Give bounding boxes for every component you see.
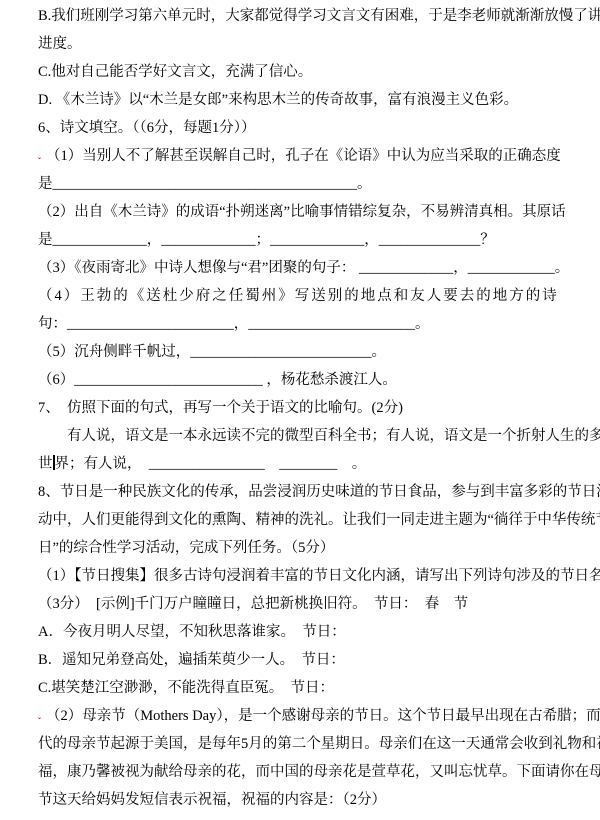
- text-line: 6、诗文填空。（（6分，每题1分））: [38, 114, 584, 142]
- text-line: 7、 仿照下面的句式，再写一个关于语文的比喻句。(2分): [38, 394, 584, 422]
- text-line: B．遥知兄弟登高处，遍插茱萸少一人。 节日：: [38, 646, 584, 674]
- line-text: 界；有人说， ________________ ________ 。: [55, 456, 367, 472]
- text-line: 是_______________________________________…: [38, 170, 584, 198]
- line-text: （4）王勃的《送杜少府之任蜀州》写送别的地点和友人要去的地方的诗: [38, 288, 559, 304]
- text-line: B.我们班刚学习第六单元时，大家都觉得学习文言文有困难，于是李老师就渐渐放慢了讲…: [38, 2, 584, 30]
- line-text: 6、诗文填空。（（6分，每题1分））: [38, 120, 256, 136]
- text-line: 福，康乃馨被视为献给母亲的花，而中国的母亲花是萱草花，又叫忘忧草。下面请你在母亲: [38, 758, 584, 786]
- line-text: 进度。: [38, 36, 82, 52]
- line-text: （3分） [示例]千门万户瞳瞳日，总把新桃换旧符。 节日： 春 节: [38, 596, 468, 612]
- document-body: B.我们班刚学习第六单元时，大家都觉得学习文言文有困难，于是李老师就渐渐放慢了讲…: [38, 2, 584, 814]
- line-text: （3）《夜雨寄北》中诗人想像与“君”团聚的句子： _____________，_…: [38, 260, 569, 276]
- line-text: B．遥知兄弟登高处，遍插茱萸少一人。 节日：: [38, 652, 345, 668]
- line-text: C.他对自己能否学好文言文，充满了信心。: [38, 64, 312, 80]
- line-text: 句：_______________________，______________…: [38, 316, 430, 332]
- line-text: （1）【节日搜集】很多古诗句浸润着丰富的节日文化内涵，请写出下列诗句涉及的节日名…: [38, 568, 600, 584]
- line-text: 是_______________________________________…: [38, 176, 372, 192]
- line-text: D. 《木兰诗》以“木兰是女郎”来构思木兰的传奇故事，富有浪漫主义色彩。: [38, 92, 518, 108]
- text-line: C.堪笑楚江空渺渺，不能洗得直臣冤。 节日：: [38, 674, 584, 702]
- text-line: 世界；有人说， ________________ ________ 。: [38, 450, 584, 478]
- line-text: 福，康乃馨被视为献给母亲的花，而中国的母亲花是萱草花，又叫忘忧草。下面请你在母亲: [38, 764, 600, 780]
- text-line: D. 《木兰诗》以“木兰是女郎”来构思木兰的传奇故事，富有浪漫主义色彩。: [38, 86, 584, 114]
- text-line: 句：_______________________，______________…: [38, 310, 584, 338]
- line-text: 是_____________，_____________；___________…: [38, 232, 495, 248]
- text-line: 有人说，语文是一本永远读不完的微型百科全书；有人说，语文是一个折射人生的多彩: [38, 422, 584, 450]
- line-text: A．今夜月明人尽望，不知秋思落谁家。 节日：: [38, 624, 346, 640]
- line-text: 节这天给妈妈发短信表示祝福，祝福的内容是：（2分）: [38, 792, 386, 808]
- line-text: 8、节日是一种民族文化的传承，品尝浸润历史味道的节日食品，参与到丰富多彩的节日活: [38, 484, 600, 500]
- line-text: 7、 仿照下面的句式，再写一个关于语文的比喻句。(2分): [38, 400, 403, 416]
- line-text: （1）当别人不了解甚至误解自己时，孔子在《论语》中认为应当采取的正确态度: [46, 148, 561, 164]
- text-line: C.他对自己能否学好文言文，充满了信心。: [38, 58, 584, 86]
- document-page: B.我们班刚学习第六单元时，大家都觉得学习文言文有困难，于是李老师就渐渐放慢了讲…: [0, 0, 600, 820]
- text-line: （4）王勃的《送杜少府之任蜀州》写送别的地点和友人要去的地方的诗: [38, 282, 584, 310]
- line-text: （6）__________________________ ，杨花愁杀渡江人。: [38, 372, 397, 388]
- text-line: （5）沉舟侧畔千帆过，_________________________。: [38, 338, 584, 366]
- text-line: 是_____________，_____________；___________…: [38, 226, 584, 254]
- text-line: A．今夜月明人尽望，不知秋思落谁家。 节日：: [38, 618, 584, 646]
- line-text: C.堪笑楚江空渺渺，不能洗得直臣冤。 节日：: [38, 680, 334, 696]
- text-line: 日”的综合性学习活动，完成下列任务。（5分）: [38, 534, 584, 562]
- text-line: ˇ（2）母亲节（Mothers Day），是一个感谢母亲的节日。这个节日最早出现…: [38, 702, 584, 730]
- text-line: （6）__________________________ ，杨花愁杀渡江人。: [38, 366, 584, 394]
- line-text: B.我们班刚学习第六单元时，大家都觉得学习文言文有困难，于是李老师就渐渐放慢了讲…: [38, 8, 600, 24]
- proofing-mark-icon: ˇ: [38, 147, 41, 175]
- line-text: 代的母亲节起源于美国，是每年5月的第二个星期日。母亲们在这一天通常会收到礼物和祝: [38, 736, 600, 752]
- line-text: （2）母亲节（Mothers Day），是一个感谢母亲的节日。这个节日最早出现在…: [46, 708, 600, 724]
- line-text: 世: [38, 456, 53, 472]
- text-line: 节这天给妈妈发短信表示祝福，祝福的内容是：（2分）: [38, 786, 584, 814]
- proofing-mark-icon: ˇ: [38, 707, 41, 735]
- text-line: 动中，人们更能得到文化的熏陶、精神的洗礼。让我们一同走进主题为“徜徉于中华传统节: [38, 506, 584, 534]
- text-line: ˇ（1）当别人不了解甚至误解自己时，孔子在《论语》中认为应当采取的正确态度: [38, 142, 584, 170]
- text-line: （2）出自《木兰诗》的成语“扑朔迷离”比喻事情错综复杂，不易辨清真相。其原话: [38, 198, 584, 226]
- text-line: 8、节日是一种民族文化的传承，品尝浸润历史味道的节日食品，参与到丰富多彩的节日活: [38, 478, 584, 506]
- line-text: 有人说，语文是一本永远读不完的微型百科全书；有人说，语文是一个折射人生的多彩: [67, 428, 600, 444]
- text-line: （1）【节日搜集】很多古诗句浸润着丰富的节日文化内涵，请写出下列诗句涉及的节日名…: [38, 562, 584, 590]
- line-text: （5）沉舟侧畔千帆过，_________________________。: [38, 344, 386, 360]
- text-line: 代的母亲节起源于美国，是每年5月的第二个星期日。母亲们在这一天通常会收到礼物和祝: [38, 730, 584, 758]
- line-text: 日”的综合性学习活动，完成下列任务。（5分）: [38, 540, 334, 556]
- text-line: （3分） [示例]千门万户瞳瞳日，总把新桃换旧符。 节日： 春 节: [38, 590, 584, 618]
- text-line: 进度。: [38, 30, 584, 58]
- line-text: 动中，人们更能得到文化的熏陶、精神的洗礼。让我们一同走进主题为“徜徉于中华传统节: [38, 512, 600, 528]
- line-text: （2）出自《木兰诗》的成语“扑朔迷离”比喻事情错综复杂，不易辨清真相。其原话: [38, 204, 566, 220]
- text-line: （3）《夜雨寄北》中诗人想像与“君”团聚的句子： _____________，_…: [38, 254, 584, 282]
